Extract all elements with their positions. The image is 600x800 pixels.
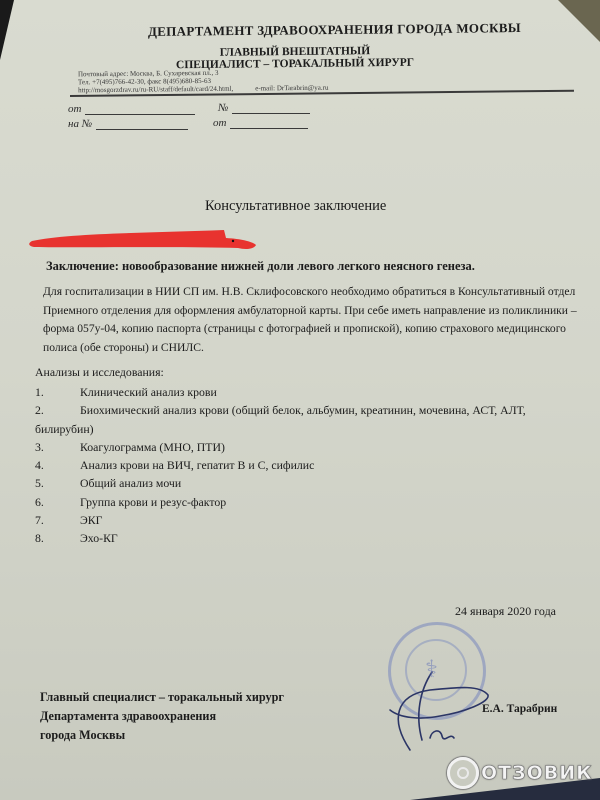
from-field-2 [230, 118, 308, 129]
document-title: Консультативное заключение [205, 198, 386, 215]
analysis-item: 8.Эхо-КГ [35, 529, 595, 547]
email-link[interactable]: e-mail: DrTarabrin@ya.ru [255, 84, 328, 93]
number-field [232, 103, 310, 114]
analysis-number: 2. [35, 401, 80, 419]
analysis-text: Коагулограмма (МНО, ПТИ) [80, 440, 225, 454]
redaction-mark [28, 227, 258, 251]
analyses-list: 1.Клинический анализ крови2.Биохимически… [35, 383, 595, 548]
signatory-title-block: Главный специалист – торакальный хирург … [40, 688, 284, 745]
from-label: от [68, 103, 81, 115]
in-reply-field [96, 119, 188, 130]
analysis-number: 6. [35, 493, 80, 511]
analyses-heading: Анализы и исследования: [35, 365, 164, 380]
analysis-text: Анализ крови на ВИЧ, гепатит В и С, сифи… [80, 458, 314, 472]
number-label: № [218, 102, 228, 114]
in-reply-label: на № [68, 118, 92, 130]
signatory-name: Е.А. Тарабрин [482, 703, 557, 715]
watermark-text: ОТЗОВИК [481, 762, 593, 784]
ref-row-1b: № [218, 102, 310, 114]
analysis-number: 1. [35, 383, 80, 401]
signatory-title-line-3: города Москвы [40, 726, 284, 745]
analysis-text: ЭКГ [80, 513, 102, 527]
analysis-item: 1.Клинический анализ крови [35, 383, 595, 401]
analysis-text: Биохимический анализ крови (общий белок,… [80, 403, 526, 417]
analysis-text: Группа крови и резус-фактор [80, 495, 226, 509]
handwritten-signature [370, 640, 540, 760]
caduceus-icon: ⚕ [425, 655, 438, 684]
analysis-number: 7. [35, 511, 80, 529]
analysis-item: 5.Общий анализ мочи [35, 474, 595, 492]
analysis-number: 4. [35, 456, 80, 474]
analysis-text-continuation: билирубин) [35, 420, 595, 438]
ref-row-2: на № [68, 118, 188, 130]
conclusion-text: Заключение: новообразование нижней доли … [46, 259, 475, 274]
from-field [85, 104, 195, 115]
otzovik-logo-icon [447, 757, 479, 789]
ref-row-1: от [68, 103, 195, 115]
instructions-paragraph: Для госпитализации в НИИ СП им. Н.В. Скл… [43, 283, 600, 357]
analysis-number: 5. [35, 474, 80, 492]
signatory-title-line-1: Главный специалист – торакальный хирург [40, 688, 284, 707]
analysis-item: 2.Биохимический анализ крови (общий бело… [35, 401, 595, 438]
document-date: 24 января 2020 года [455, 604, 556, 619]
analysis-number: 8. [35, 529, 80, 547]
signatory-title-line-2: Департамента здравоохранения [40, 707, 284, 726]
analysis-number: 3. [35, 438, 80, 456]
analysis-item: 4.Анализ крови на ВИЧ, гепатит В и С, си… [35, 456, 595, 474]
analysis-text: Клинический анализ крови [80, 385, 217, 399]
ref-row-2b: от [213, 117, 308, 129]
analysis-text: Эхо-КГ [80, 531, 118, 545]
analysis-item: 6.Группа крови и резус-фактор [35, 493, 595, 511]
analysis-item: 3.Коагулограмма (МНО, ПТИ) [35, 438, 595, 456]
from-label-2: от [213, 117, 226, 129]
otzovik-watermark: ОТЗОВИК [447, 757, 593, 789]
letterhead-contacts: Почтовый адрес: Москва, Б. Сухаревская п… [78, 68, 329, 95]
analysis-text: Общий анализ мочи [80, 476, 181, 490]
analysis-item: 7.ЭКГ [35, 511, 595, 529]
